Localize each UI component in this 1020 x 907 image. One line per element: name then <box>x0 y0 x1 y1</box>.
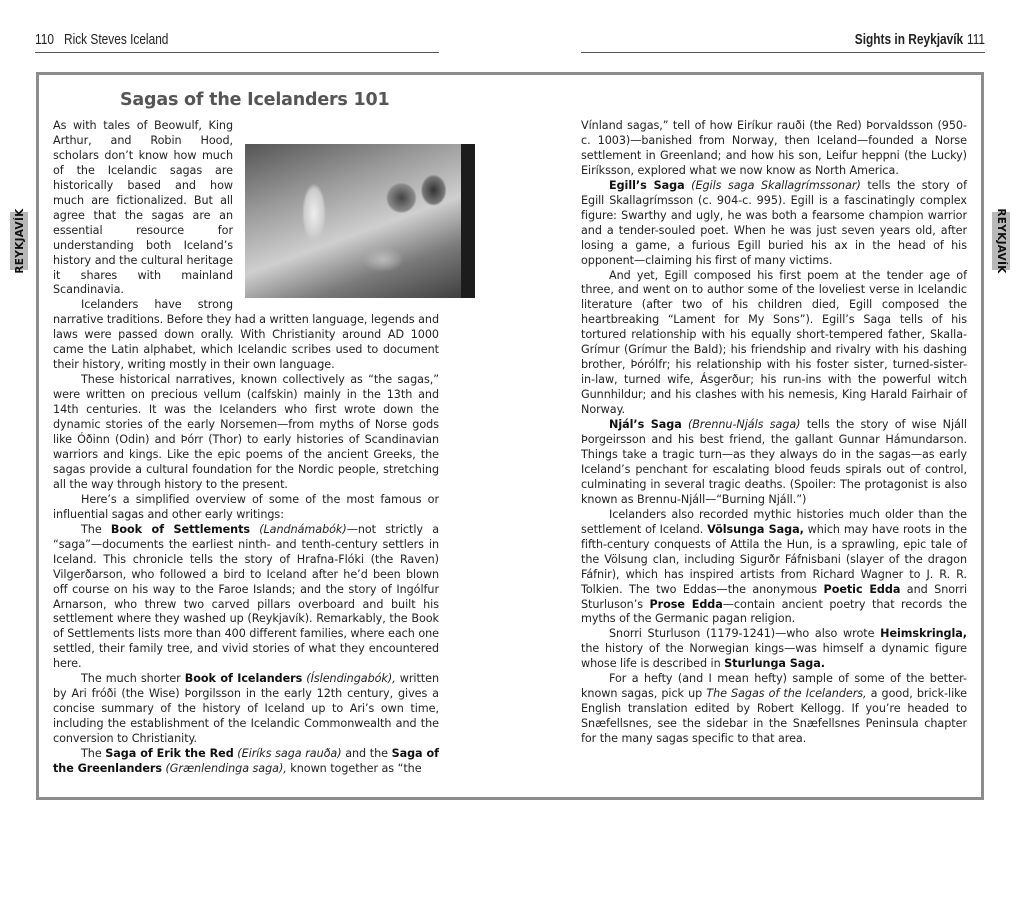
italic-term: (Landnámabók) <box>250 523 347 536</box>
paragraph-snorri-sturluson: Snorri Sturluson (1179-1241)—who also wr… <box>581 627 967 672</box>
text: Snorri Sturluson (1179-1241)—who also wr… <box>609 627 880 640</box>
paragraph-mythic-histories: Icelanders also recorded mythic historie… <box>581 508 967 628</box>
text: —not strictly a “saga”—documents the ear… <box>53 523 439 671</box>
page-number-left: 110 <box>35 30 54 50</box>
running-header-left: 110 Rick Steves Iceland <box>35 30 439 53</box>
text: The <box>81 523 111 536</box>
bold-term: Saga of Erik the Red <box>105 747 233 760</box>
sidebar-title: Sagas of the Icelanders 101 <box>120 90 389 110</box>
text: tells the story of wise Njáll Þorgeirsso… <box>581 418 967 506</box>
paragraph-recommended-reading: For a hefty (and I mean hefty) sample of… <box>581 672 967 747</box>
side-tab-right: REYKJAVÍK <box>992 212 1010 270</box>
bold-term: Völsunga Saga, <box>707 523 804 536</box>
paragraph-egills-saga: Egill’s Saga (Egils saga Skallagrímssona… <box>581 179 967 269</box>
bold-term: Njál’s Saga <box>609 418 682 431</box>
bold-term: Book of Settlements <box>111 523 250 536</box>
italic-term: (Brennu-Njáls saga) <box>682 418 801 431</box>
paragraph-erik-the-red: The Saga of Erik the Red (Eiríks saga ra… <box>53 747 439 777</box>
paragraph: Vínland sagas,” tell of how Eiríkur rauð… <box>581 119 967 179</box>
bold-term: Heimskringla, <box>880 627 967 640</box>
italic-book-title: The Sagas of the Icelanders, <box>706 687 866 700</box>
text: The much shorter <box>81 672 185 685</box>
text: The <box>81 747 105 760</box>
text: known together as “the <box>287 762 422 775</box>
paragraph: And yet, Egill composed his first poem a… <box>581 269 967 419</box>
book-title: Rick Steves Iceland <box>64 30 168 50</box>
paragraph-book-of-settlements: The Book of Settlements (Landnámabók)—no… <box>53 523 439 673</box>
paragraph: Here’s a simplified overview of some of … <box>53 493 439 523</box>
running-header-right: Sights in Reykjavík 111 <box>581 30 985 53</box>
bold-term: Book of Icelanders <box>185 672 302 685</box>
side-tab-label: REYKJAVÍK <box>995 208 1007 273</box>
page-number-right: 111 <box>967 30 985 50</box>
bold-term: Prose Edda <box>650 598 723 611</box>
paragraph-book-of-icelanders: The much shorter Book of Icelanders (Ísl… <box>53 672 439 747</box>
photo-shadow <box>461 144 475 298</box>
italic-term: (Eiríks saga rauða) <box>234 747 342 760</box>
italic-term: (Egils saga Skallagrímssonar) <box>685 179 861 192</box>
bold-term: Egill’s Saga <box>609 179 685 192</box>
right-column: Vínland sagas,” tell of how Eiríkur rauð… <box>581 119 967 747</box>
italic-term: (Íslendingabók), <box>302 672 395 685</box>
left-column: As with tales of Beowulf, King Arthur, a… <box>53 119 439 777</box>
paragraph: Icelanders have strong narrative traditi… <box>53 298 439 373</box>
text: and the <box>342 747 392 760</box>
paragraph-njals-saga: Njál’s Saga (Brennu-Njáls saga) tells th… <box>581 418 967 508</box>
bold-term: Poetic Edda <box>824 583 901 596</box>
side-tab-label: REYKJAVÍK <box>14 208 26 273</box>
side-tab-left: REYKJAVÍK <box>10 212 28 270</box>
section-title: Sights in Reykjavík <box>855 30 963 50</box>
italic-term: (Grænlendinga saga), <box>162 762 287 775</box>
paragraph: These historical narratives, known colle… <box>53 373 439 493</box>
bold-term: Sturlunga Saga. <box>724 657 825 670</box>
viking-diorama-photo <box>245 144 475 298</box>
